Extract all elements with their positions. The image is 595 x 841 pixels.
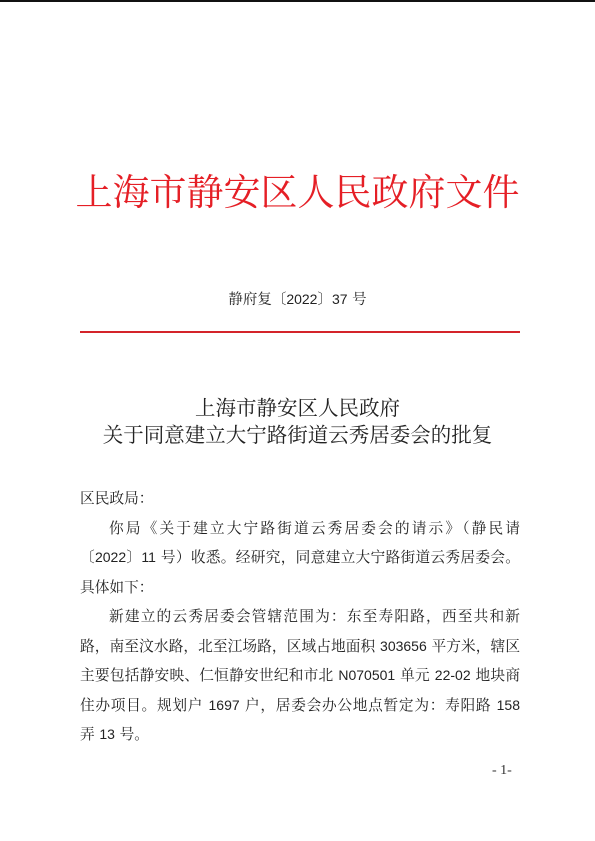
document-body: 区民政局： 你局《关于建立大宁路街道云秀居委会的请示》（静民请〔2022〕11 … (80, 484, 520, 750)
area-value: 303656 (380, 638, 427, 654)
doc-number-prefix: 静府复〔 (228, 292, 286, 308)
document-number: 静府复〔2022〕37 号 (0, 289, 595, 310)
document-title: 上海市静安区人民政府 关于同意建立大宁路街道云秀居委会的批复 (0, 395, 595, 449)
salutation: 区民政局： (80, 484, 520, 514)
house-number: 13 (99, 726, 115, 742)
text: 弄 (80, 726, 99, 743)
text: 户，居委会办公地点暂定为：寿阳路 (240, 697, 497, 714)
paragraph-2: 新建立的云秀居委会管辖范围为：东至寿阳路，西至共和新路，南至汶水路，北至江场路，… (80, 602, 520, 750)
title-line-2: 关于同意建立大宁路街道云秀居委会的批复 (0, 422, 595, 449)
top-border-rule (0, 0, 595, 2)
page-number: - 1- (492, 763, 512, 779)
request-number: 11 (141, 549, 156, 565)
doc-number-num: 37 (332, 291, 348, 307)
red-divider-line (80, 331, 520, 333)
household-count: 1697 (209, 697, 240, 713)
year: 2022 (95, 549, 126, 565)
doc-number-year: 2022 (286, 291, 317, 307)
doc-number-suffix: 号 (348, 292, 367, 308)
plot-code: 22-02 (435, 667, 471, 683)
text: 〕 (126, 549, 141, 566)
text: 号。 (115, 726, 149, 743)
document-header-title: 上海市静安区人民政府文件 (0, 168, 595, 218)
paragraph-1: 你局《关于建立大宁路街道云秀居委会的请示》（静民请〔2022〕11 号）收悉。经… (80, 514, 520, 603)
lane-number: 158 (497, 697, 520, 713)
text: 单元 (395, 667, 435, 684)
doc-number-mid: 〕 (317, 292, 332, 308)
title-line-1: 上海市静安区人民政府 (0, 395, 595, 422)
unit-code: N070501 (338, 667, 395, 683)
